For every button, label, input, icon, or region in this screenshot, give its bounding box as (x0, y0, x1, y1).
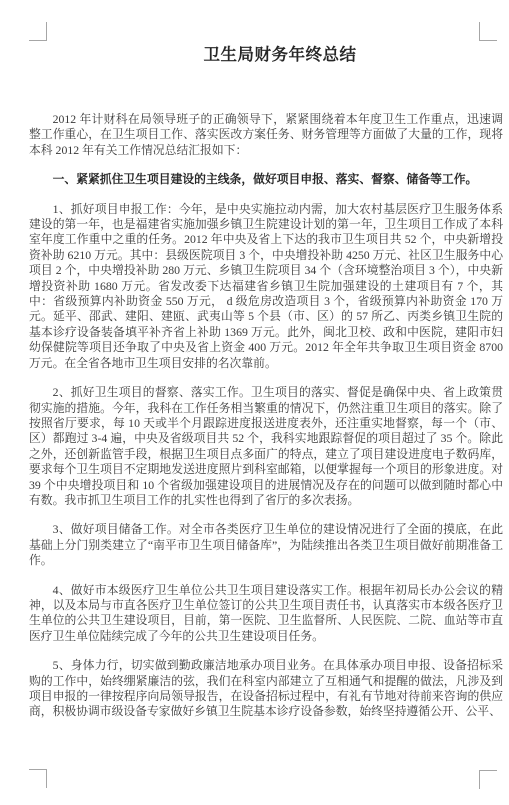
paragraph: 4、做好市本级医疗卫生单位公共卫生项目建设落实工作。根据年初局长办公会议的精神，… (29, 583, 503, 645)
paragraph: 2、抓好卫生项目的督察、落实工作。卫生项目的落实、督促是确保中央、省上政策贯彻实… (29, 385, 503, 508)
paragraph: 5、身体力行，切实做到勤政廉洁地承办项目业务。在具体承办项目申报、设备招标采购的… (29, 658, 503, 720)
text-boundary-mark-top-left (29, 22, 47, 41)
text-boundary-mark-top-right (479, 22, 497, 41)
section-heading: 一、紧紧抓住卫生项目建设的主线条，做好项目申报、落实、督察、储备等工作。 (29, 172, 503, 187)
paragraph: 2012 年计财科在局领导班子的正确领导下，紧紧围绕着本年度卫生工作重点，迅速调… (29, 112, 503, 158)
paragraph: 1、抓好项目申报工作：今年，是中央实施拉动内需，加大农村基层医疗卫生服务体系建设… (29, 202, 503, 371)
document-body: 2012 年计财科在局领导班子的正确领导下，紧紧围绕着本年度卫生工作重点，迅速调… (29, 112, 503, 720)
document-page: 卫生局财务年终总结 2012 年计财科在局领导班子的正确领导下，紧紧围绕着本年度… (0, 0, 509, 805)
text-boundary-mark-bottom-right (479, 770, 497, 789)
document-content: 卫生局财务年终总结 2012 年计财科在局领导班子的正确领导下，紧紧围绕着本年度… (29, 44, 503, 734)
paragraph: 3、做好项目储备工作。对全市各类医疗卫生单位的建设情况进行了全面的摸底，在此基础… (29, 522, 503, 568)
document-title: 卫生局财务年终总结 (43, 44, 509, 66)
text-boundary-mark-bottom-left (29, 769, 47, 788)
